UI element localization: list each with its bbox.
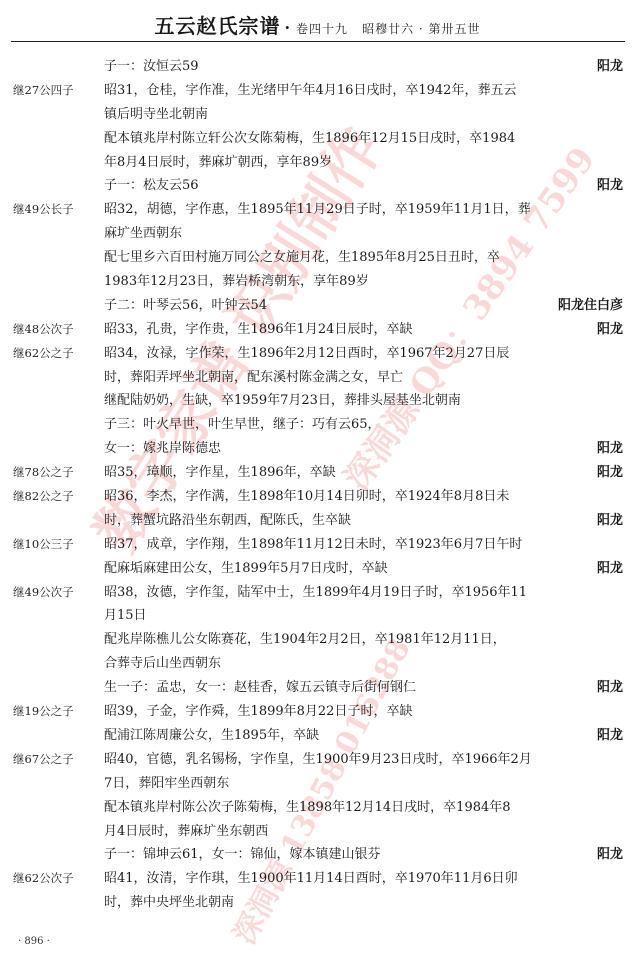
entry-line: 子一：松友云56阳龙 [0, 174, 635, 198]
book-title: 五云赵氏宗谱 [154, 10, 280, 39]
entry-text: 昭31，仓桂，字作准，生光绪甲午年4月16日戌时，卒1942年，葬五云 [104, 79, 623, 103]
entry-text: 昭36，李杰，字作满，生1898年10月14日卯时，卒1924年8月8日未 [104, 485, 623, 509]
lineage-note: 继82公之子 [13, 485, 74, 509]
entry-text: 昭39，子金，字作舜，生1899年8月22日子时，卒缺 [104, 700, 623, 724]
generation-label: 昭穆廿六 · 第卅五世 [362, 20, 480, 37]
entry-text: 子一：松友云56 [104, 174, 623, 198]
entry-text: 月4日辰时，葬麻圹坐东朝西 [104, 820, 623, 844]
lineage-note: 继49公长子 [13, 198, 74, 222]
entry-line: 子二：叶琴云56，叶钟云54阳龙住白彦 [0, 294, 635, 318]
volume-label: 卷四十九 [296, 20, 348, 37]
entry-line: 时，葬阳弄坪坐北朝南，配东溪村陈金满之女，早亡 [0, 366, 635, 390]
entry-text: 配本镇兆岸村陈公次子陈菊梅，生1898年12月14日戌时，卒1984年8 [104, 796, 623, 820]
residence-note: 阳龙 [597, 174, 623, 198]
entry-line: 继49公次子昭38，汝德，字作玺，陆军中士，生1899年4月19日子时，卒195… [0, 581, 635, 605]
entry-text: 时，葬蟹坑路沿坐东朝西，配陈氏，生卒缺 [104, 509, 623, 533]
lineage-note: 继78公之子 [13, 461, 74, 485]
entry-line: 麻圹坐西朝东 [0, 222, 635, 246]
entry-text: 配浦江陈周廉公女，生1895年，卒缺 [104, 724, 623, 748]
residence-note: 阳龙 [597, 676, 623, 700]
entry-line: 配本镇兆岸村陈公次子陈菊梅，生1898年12月14日戌时，卒1984年8 [0, 796, 635, 820]
entry-line: 继82公之子昭36，李杰，字作满，生1898年10月14日卯时，卒1924年8月… [0, 485, 635, 509]
entry-text: 昭32，胡德，字作惠，生1895年11月29日子时，卒1959年11月1日，葬 [104, 198, 623, 222]
entry-text: 配本镇兆岸村陈立轩公次女陈菊梅，生1896年12月15日戌时，卒1984 [104, 127, 623, 151]
entry-text: 时，葬中央坪坐北朝南 [104, 891, 623, 915]
entry-text: 配兆岸陈樵儿公女陈赛花，生1904年2月2日，卒1981年12月11日， [104, 628, 623, 652]
entry-text: 女一：嫁兆岸陈德忠 [104, 437, 623, 461]
entry-line: 女一：嫁兆岸陈德忠阳龙 [0, 437, 635, 461]
entry-text: 7日，葬阳牢坐西朝东 [104, 772, 623, 796]
residence-note: 阳龙 [597, 318, 623, 342]
entry-line: 继48公次子昭33，孔贵，字作贵，生1896年1月24日辰时，卒缺阳龙 [0, 318, 635, 342]
entry-line: 继67公之子昭40，官德，乳名锡杨，字作皇，生1900年9月23日戌时，卒196… [0, 748, 635, 772]
entry-text: 月15日 [104, 604, 623, 628]
lineage-note: 继49公次子 [13, 581, 74, 605]
entry-text: 生一子：孟忠，女一：赵桂香，嫁五云镇寺后街何钢仁 [104, 676, 623, 700]
page-header: 五云赵氏宗谱 · 卷四十九 昭穆廿六 · 第卅五世 [0, 10, 635, 38]
entry-text: 昭40，官德，乳名锡杨，字作皇，生1900年9月23日戌时，卒1966年2月 [104, 748, 623, 772]
entry-line: 年8月4日辰时，葬麻圹朝西，享年89岁 [0, 151, 635, 175]
entry-line: 时，葬蟹坑路沿坐东朝西，配陈氏，生卒缺阳龙 [0, 509, 635, 533]
entry-line: 子一：汝恒云59阳龙 [0, 55, 635, 79]
entry-line: 继配陆奶奶，生缺，卒1959年7月23日，葬排头屋基坐北朝南 [0, 389, 635, 413]
header-divider [11, 41, 625, 42]
lineage-note: 继48公次子 [13, 318, 74, 342]
entry-line: 配麻垢麻建田公女，生1899年5月7日戌时，卒缺阳龙 [0, 557, 635, 581]
genealogy-entries: 子一：汝恒云59阳龙继27公四子昭31，仓桂，字作准，生光绪甲午年4月16日戌时… [0, 55, 635, 915]
entry-text: 昭37，成章，字作翔，生1898年11月12日未时，卒1923年6月7日午时 [104, 533, 623, 557]
lineage-note: 继10公三子 [13, 533, 74, 557]
entry-line: 配浦江陈周廉公女，生1895年，卒缺阳龙 [0, 724, 635, 748]
entry-line: 月15日 [0, 604, 635, 628]
entry-line: 子一：锦坤云61，女一：锦仙，嫁本镇建山银芬阳龙 [0, 843, 635, 867]
entry-text: 配麻垢麻建田公女，生1899年5月7日戌时，卒缺 [104, 557, 623, 581]
entry-line: 配七里乡六百田村施万同公之女施月花，生1895年8月25日丑时，卒 [0, 246, 635, 270]
residence-note: 阳龙 [597, 843, 623, 867]
entry-line: 合葬寺后山坐西朝东 [0, 652, 635, 676]
page-number: · 896 · [18, 936, 50, 947]
residence-note: 阳龙 [597, 509, 623, 533]
residence-note: 阳龙 [597, 437, 623, 461]
entry-text: 子二：叶琴云56，叶钟云54 [104, 294, 623, 318]
entry-line: 配本镇兆岸村陈立轩公次女陈菊梅，生1896年12月15日戌时，卒1984 [0, 127, 635, 151]
residence-note: 阳龙 [597, 55, 623, 79]
entry-text: 子一：锦坤云61，女一：锦仙，嫁本镇建山银芬 [104, 843, 623, 867]
entry-text: 子三：叶火早世，叶生早世，继子：巧有云65， [104, 413, 623, 437]
entry-text: 继配陆奶奶，生缺，卒1959年7月23日，葬排头屋基坐北朝南 [104, 389, 623, 413]
entry-text: 昭38，汝德，字作玺，陆军中士，生1899年4月19日子时，卒1956年11 [104, 581, 623, 605]
title-separator: · [284, 18, 290, 37]
entry-line: 继10公三子昭37，成章，字作翔，生1898年11月12日未时，卒1923年6月… [0, 533, 635, 557]
entry-line: 继62公之子昭34，汝禄，字作荣，生1896年2月12日酉时，卒1967年2月2… [0, 342, 635, 366]
entry-text: 子一：汝恒云59 [104, 55, 623, 79]
entry-line: 时，葬中央坪坐北朝南 [0, 891, 635, 915]
entry-line: 1983年12月23日，葬岩桥湾朝东，享年89岁 [0, 270, 635, 294]
entry-text: 配七里乡六百田村施万同公之女施月花，生1895年8月25日丑时，卒 [104, 246, 623, 270]
residence-note: 阳龙 [597, 461, 623, 485]
entry-text: 合葬寺后山坐西朝东 [104, 652, 623, 676]
entry-text: 1983年12月23日，葬岩桥湾朝东，享年89岁 [104, 270, 623, 294]
entry-line: 子三：叶火早世，叶生早世，继子：巧有云65， [0, 413, 635, 437]
entry-line: 7日，葬阳牢坐西朝东 [0, 772, 635, 796]
entry-text: 时，葬阳弄坪坐北朝南，配东溪村陈金满之女，早亡 [104, 366, 623, 390]
entry-text: 昭33，孔贵，字作贵，生1896年1月24日辰时，卒缺 [104, 318, 623, 342]
residence-note: 阳龙住白彦 [558, 294, 623, 318]
residence-note: 阳龙 [597, 557, 623, 581]
lineage-note: 继27公四子 [13, 79, 74, 103]
entry-line: 配兆岸陈樵儿公女陈赛花，生1904年2月2日，卒1981年12月11日， [0, 628, 635, 652]
entry-line: 生一子：孟忠，女一：赵桂香，嫁五云镇寺后街何钢仁阳龙 [0, 676, 635, 700]
lineage-note: 继19公之子 [13, 700, 74, 724]
lineage-note: 继67公之子 [13, 748, 74, 772]
entry-text: 麻圹坐西朝东 [104, 222, 623, 246]
entry-line: 继27公四子昭31，仓桂，字作准，生光绪甲午年4月16日戌时，卒1942年，葬五… [0, 79, 635, 103]
lineage-note: 继62公次子 [13, 867, 74, 891]
residence-note: 阳龙 [597, 724, 623, 748]
entry-line: 继49公长子昭32，胡德，字作惠，生1895年11月29日子时，卒1959年11… [0, 198, 635, 222]
entry-line: 月4日辰时，葬麻圹坐东朝西 [0, 820, 635, 844]
entry-line: 镇后明寺坐北朝南 [0, 103, 635, 127]
entry-text: 昭41，汝清，字作琪，生1900年11月14日酉时，卒1970年11月6日卯 [104, 867, 623, 891]
lineage-note: 继62公之子 [13, 342, 74, 366]
entry-line: 继62公次子昭41，汝清，字作琪，生1900年11月14日酉时，卒1970年11… [0, 867, 635, 891]
entry-text: 昭34，汝禄，字作荣，生1896年2月12日酉时，卒1967年2月27日辰 [104, 342, 623, 366]
entry-text: 年8月4日辰时，葬麻圹朝西，享年89岁 [104, 151, 623, 175]
entry-line: 继19公之子昭39，子金，字作舜，生1899年8月22日子时，卒缺 [0, 700, 635, 724]
entry-text: 昭35，璋顺，字作星，生1896年，卒缺 [104, 461, 623, 485]
entry-text: 镇后明寺坐北朝南 [104, 103, 623, 127]
entry-line: 继78公之子昭35，璋顺，字作星，生1896年，卒缺阳龙 [0, 461, 635, 485]
